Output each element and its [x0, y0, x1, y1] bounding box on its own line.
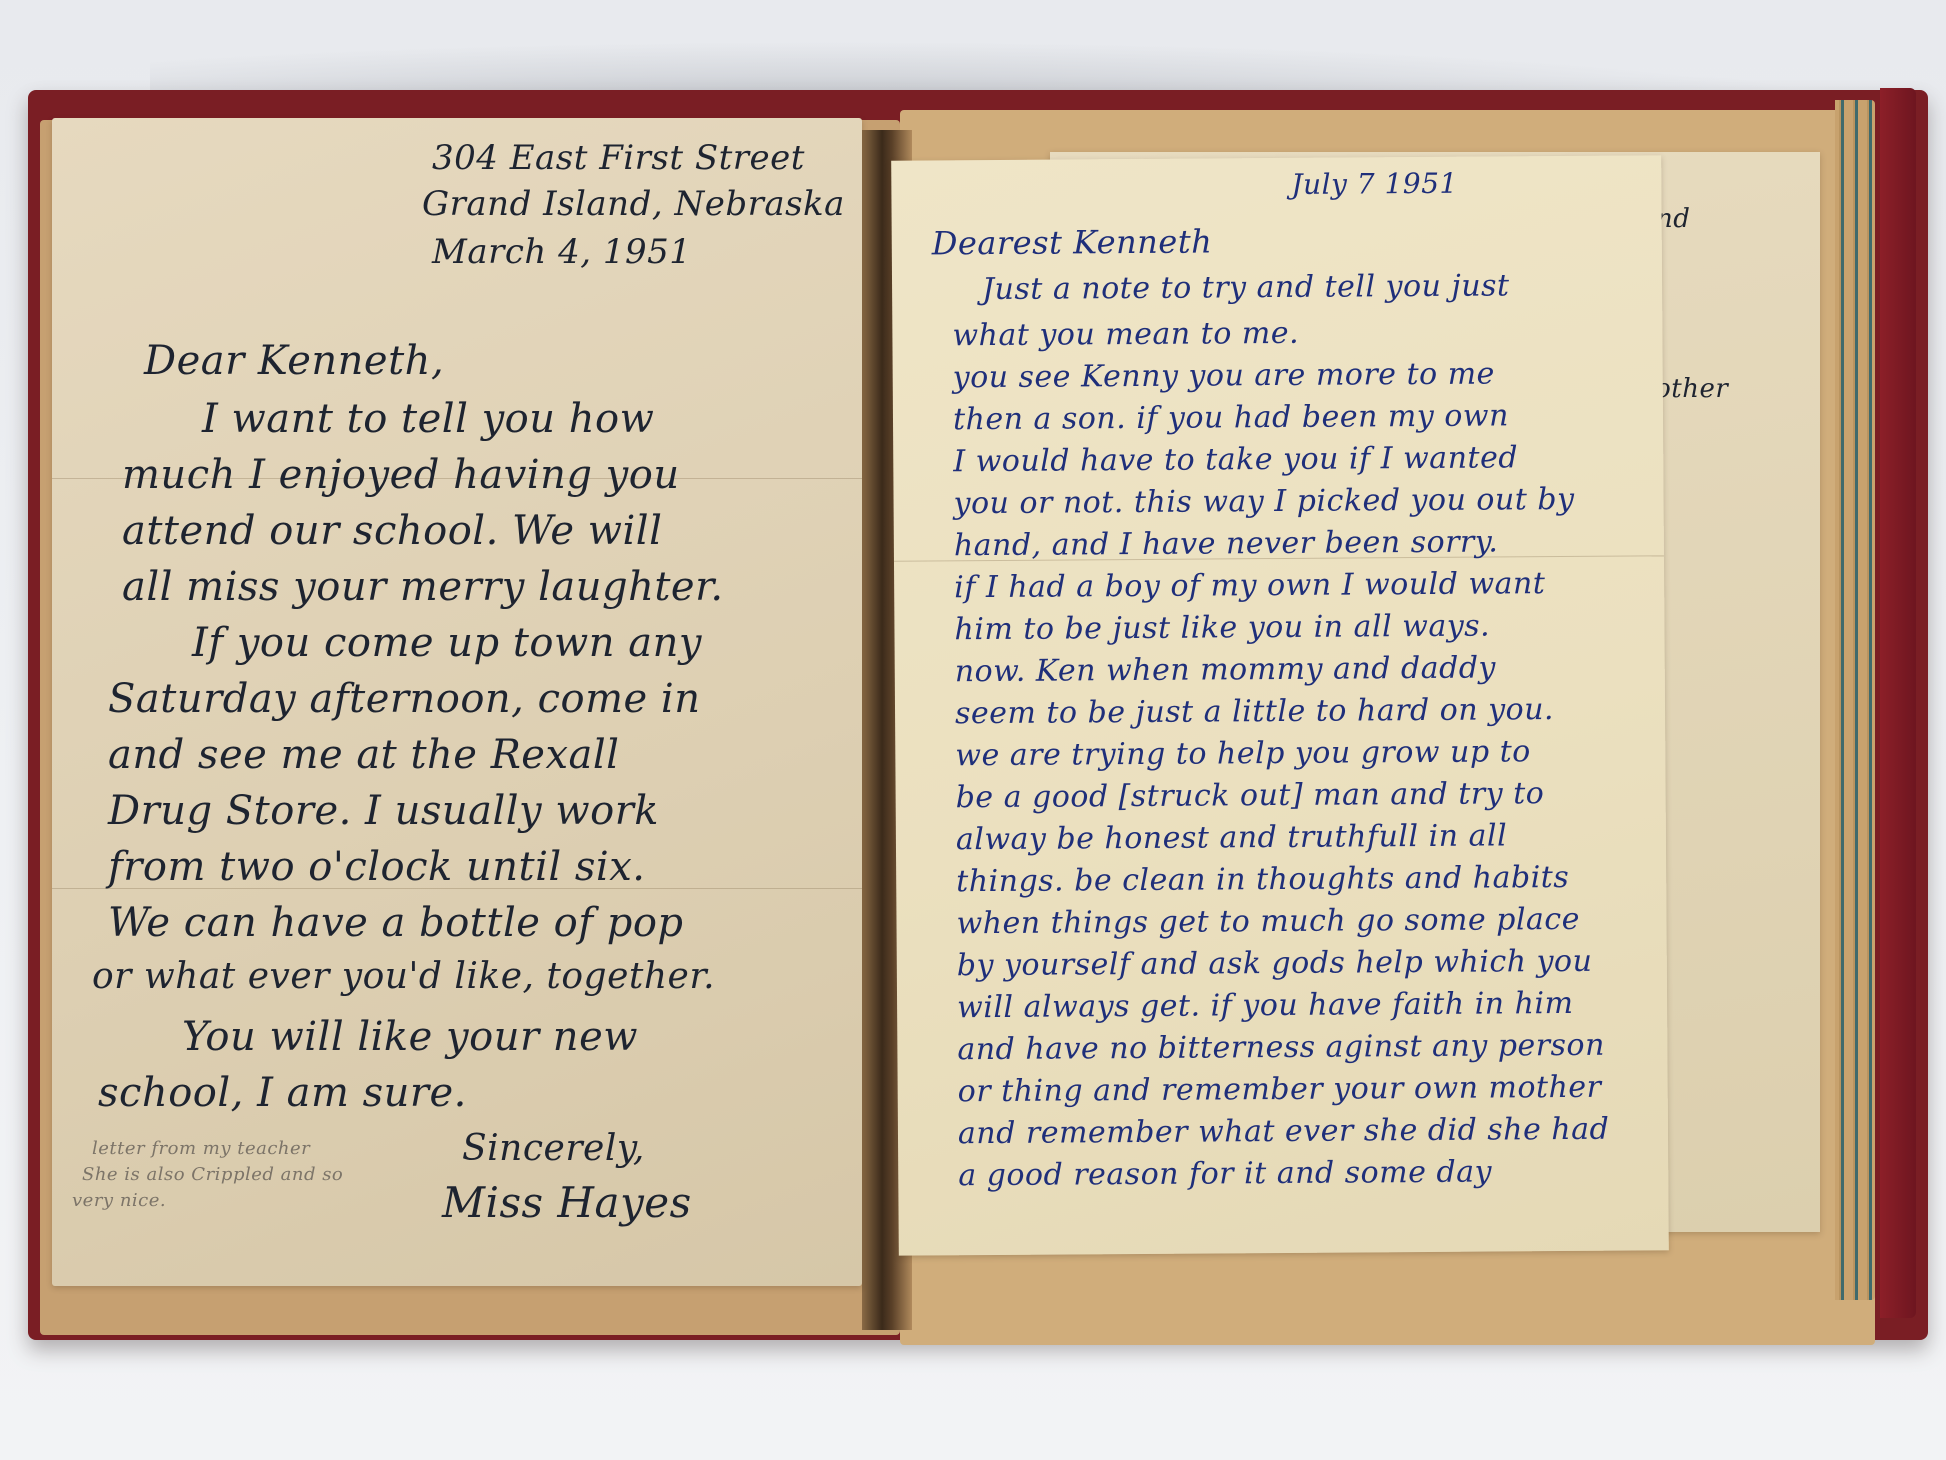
page-stack-edge	[1835, 100, 1875, 1300]
body-line: attend our school. We will	[122, 508, 662, 554]
body-line: or what ever you'd like, together.	[92, 956, 715, 997]
body-line: you see Kenny you are more to me	[953, 356, 1495, 395]
body-line: if I had a boy of my own I would want	[954, 566, 1545, 605]
letter-date: July 7 1951	[1291, 167, 1458, 201]
salutation: Dearest Kenneth	[932, 222, 1213, 262]
body-line: all miss your merry laughter.	[122, 564, 724, 610]
body-line: or thing and remember your own mother	[958, 1070, 1602, 1109]
cover-edge	[1880, 88, 1916, 1318]
body-line: seem to be just a little to hard on you.	[955, 692, 1554, 731]
body-line: If you come up town any	[192, 620, 702, 666]
body-line: be a good [struck out] man and try to	[956, 776, 1545, 815]
margin-note-line: very nice.	[72, 1190, 166, 1211]
signature: Miss Hayes	[442, 1178, 692, 1227]
body-line: what you mean to me.	[952, 316, 1299, 353]
body-line: and remember what ever she did she had	[958, 1112, 1610, 1152]
salutation: Dear Kenneth,	[144, 338, 444, 384]
margin-note-line: She is also Crippled and so	[82, 1164, 343, 1185]
right-letter-sheet: July 7 1951 Dearest Kenneth Just a note …	[891, 155, 1669, 1255]
body-line: things. be clean in thoughts and habits	[956, 860, 1569, 899]
body-line: from two o'clock until six.	[108, 844, 645, 890]
body-line: hand, and I have never been sorry.	[954, 524, 1499, 563]
body-line: school, I am sure.	[98, 1070, 467, 1116]
body-line: I want to tell you how	[202, 396, 654, 442]
left-letter-sheet: 304 East First Street Grand Island, Nebr…	[52, 118, 862, 1286]
address-line-1: 304 East First Street	[432, 138, 805, 178]
body-line: Drug Store. I usually work	[108, 788, 659, 834]
address-line-2: Grand Island, Nebraska	[422, 184, 845, 224]
body-line: and see me at the Rexall	[108, 732, 619, 778]
body-line: You will like your new	[182, 1014, 638, 1060]
body-line: and have no bitterness aginst any person	[957, 1028, 1605, 1068]
body-line: Saturday afternoon, come in	[108, 676, 700, 722]
body-line: you or not. this way I picked you out by	[953, 482, 1574, 521]
body-line: much I enjoyed having you	[122, 452, 680, 498]
body-line: Just a note to try and tell you just	[982, 268, 1510, 307]
letter-date: March 4, 1951	[432, 232, 691, 272]
body-line: alway be honest and truthfull in all	[956, 818, 1507, 857]
body-line: We can have a bottle of pop	[108, 900, 684, 946]
body-line: by yourself and ask gods help which you	[957, 944, 1593, 983]
body-line: then a son. if you had been my own	[953, 398, 1509, 437]
body-line: him to be just like you in all ways.	[954, 609, 1490, 648]
body-line: a good reason for it and some day	[958, 1155, 1492, 1194]
body-line: I would have to take you if I wanted	[953, 440, 1518, 479]
margin-note-line: letter from my teacher	[92, 1138, 310, 1159]
body-line: when things get to much go some place	[956, 902, 1580, 941]
closing: Sincerely,	[462, 1128, 645, 1169]
body-line: will always get. if you have faith in hi…	[957, 986, 1574, 1025]
body-line: now. Ken when mommy and daddy	[955, 650, 1496, 689]
body-line: we are trying to help you grow up to	[955, 734, 1531, 773]
